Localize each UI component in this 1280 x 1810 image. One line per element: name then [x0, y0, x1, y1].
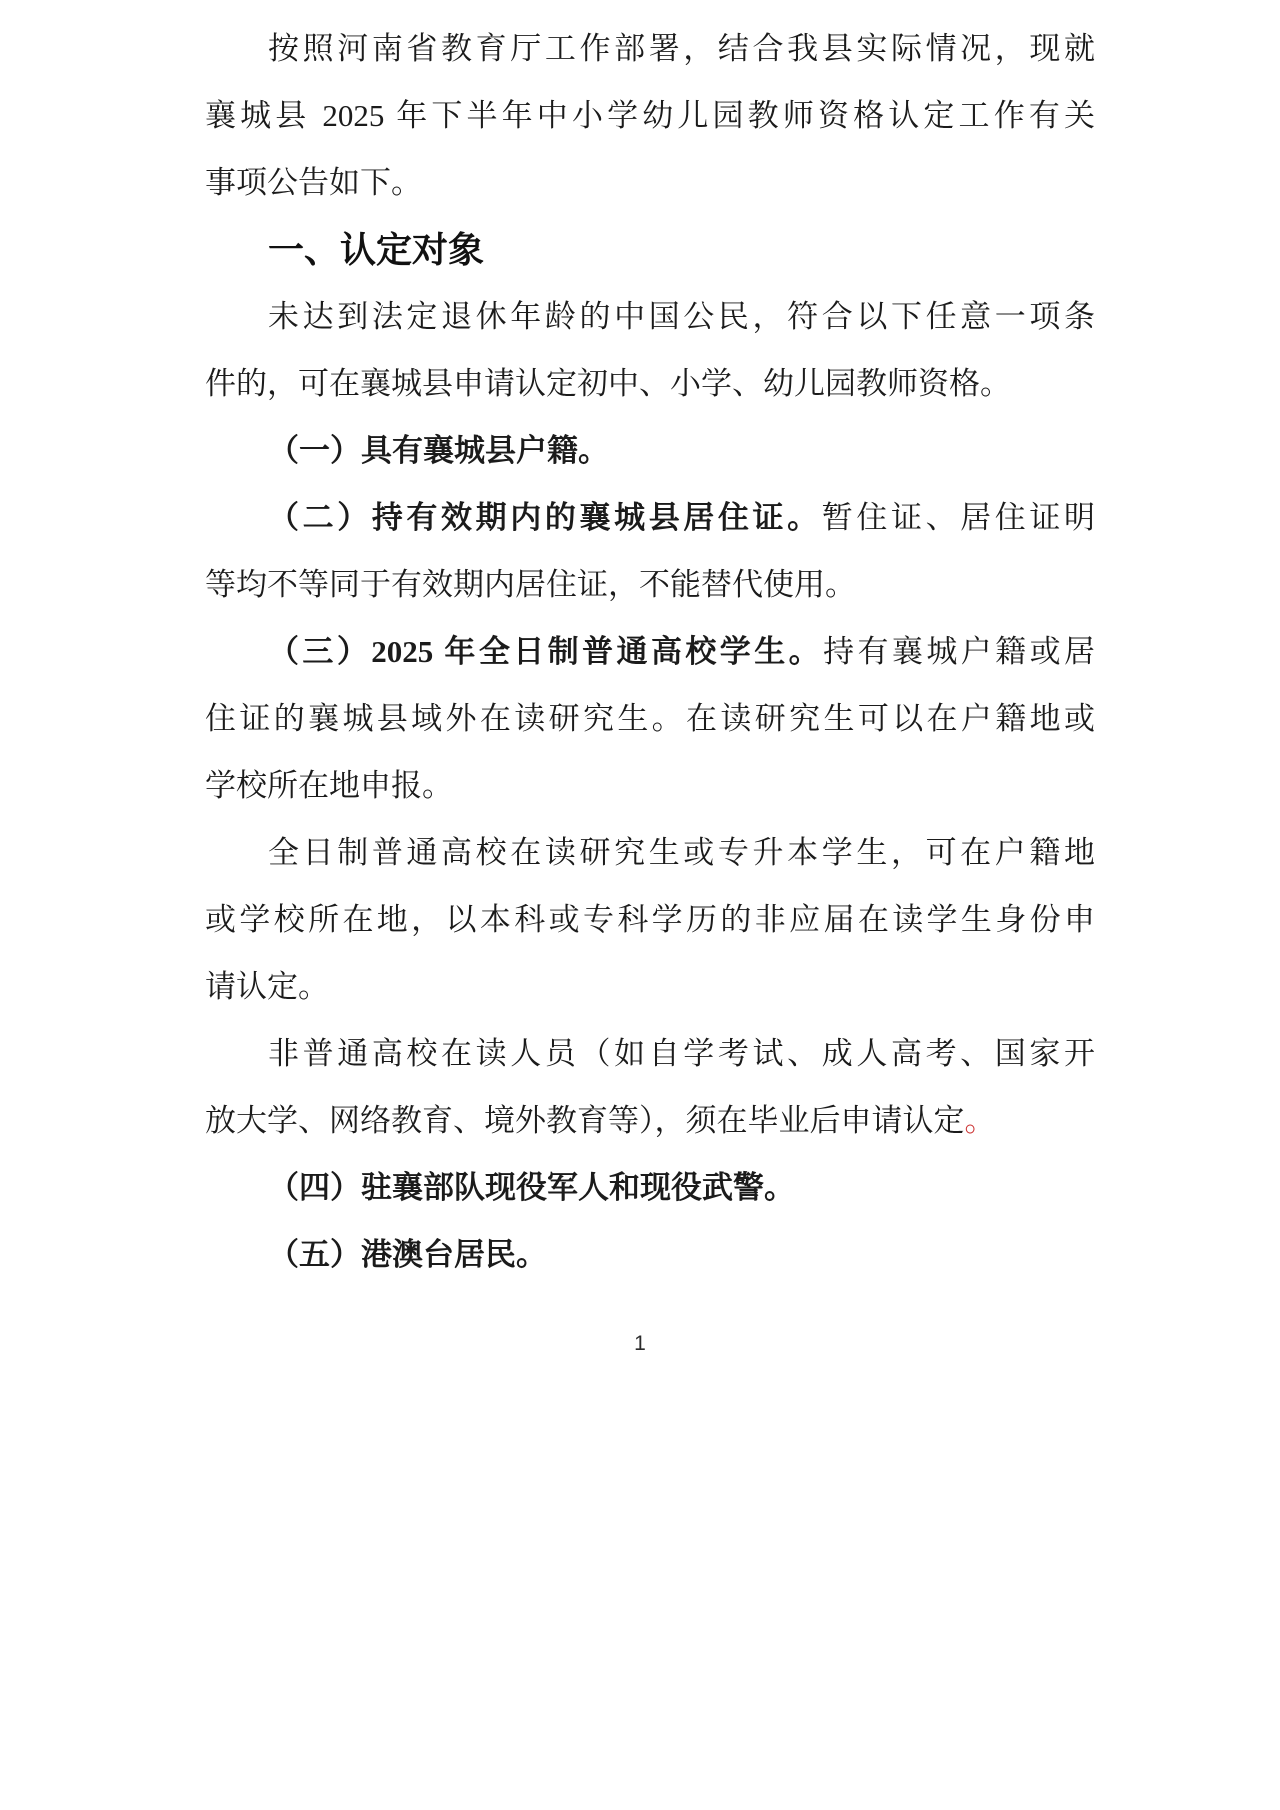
doc-line: 学校所在地申报。	[205, 752, 1095, 819]
text-run: 学校所在地申报。	[205, 768, 453, 803]
text-run: 未达到法定退休年龄的中国公民，符合以下任意一项条	[268, 299, 1095, 334]
doc-line: 请认定。	[205, 953, 1095, 1020]
doc-line: 等均不等同于有效期内居住证，不能替代使用。	[205, 551, 1095, 618]
doc-line: （四）驻襄部队现役军人和现役武警。	[205, 1154, 1095, 1221]
text-run: 暂住证、居住证明	[822, 500, 1095, 535]
doc-line: 放大学、网络教育、境外教育等），须在毕业后申请认定。	[205, 1087, 1095, 1154]
page-number: 1	[0, 1332, 1280, 1356]
document-body: 按照河南省教育厅工作部署，结合我县实际情况，现就 襄城县 2025 年下半年中小…	[205, 15, 1095, 1288]
text-run: 襄城县 2025 年下半年中小学幼儿园教师资格认定工作有关	[205, 98, 1095, 133]
list-item-heading: （二）持有效期内的襄城县居住证。	[268, 500, 822, 535]
text-run: 等均不等同于有效期内居住证，不能替代使用。	[205, 567, 856, 602]
text-run: 全日制普通高校在读研究生或专升本学生，可在户籍地	[268, 835, 1095, 870]
text-run: 按照河南省教育厅工作部署，结合我县实际情况，现就	[268, 31, 1095, 66]
list-item-heading: （三）2025 年全日制普通高校学生。	[268, 634, 823, 669]
text-run: 或学校所在地，以本科或专科学历的非应届在读学生身份申	[205, 902, 1095, 937]
text-run: 非普通高校在读人员（如自学考试、成人高考、国家开	[268, 1036, 1095, 1071]
doc-line: 或学校所在地，以本科或专科学历的非应届在读学生身份申	[205, 886, 1095, 953]
text-run: 持有襄城户籍或居	[823, 634, 1095, 669]
text-run: 请认定。	[205, 969, 329, 1004]
red-period: 。	[965, 1103, 996, 1138]
text-run: 放大学、网络教育、境外教育等），须在毕业后申请认定	[205, 1103, 965, 1138]
doc-line: 事项公告如下。	[205, 149, 1095, 216]
doc-line: 件的，可在襄城县申请认定初中、小学、幼儿园教师资格。	[205, 350, 1095, 417]
section-heading: 一、认定对象	[268, 229, 484, 270]
doc-line: 一、认定对象	[205, 216, 1095, 283]
doc-line: 非普通高校在读人员（如自学考试、成人高考、国家开	[205, 1020, 1095, 1087]
doc-line: 襄城县 2025 年下半年中小学幼儿园教师资格认定工作有关	[205, 82, 1095, 149]
doc-line: （五）港澳台居民。	[205, 1221, 1095, 1288]
text-run: 住证的襄城县域外在读研究生。在读研究生可以在户籍地或	[205, 701, 1095, 736]
list-item-heading: （五）港澳台居民。	[268, 1237, 547, 1272]
doc-line: 全日制普通高校在读研究生或专升本学生，可在户籍地	[205, 819, 1095, 886]
document-page: 按照河南省教育厅工作部署，结合我县实际情况，现就 襄城县 2025 年下半年中小…	[0, 0, 1280, 1810]
text-run: 件的，可在襄城县申请认定初中、小学、幼儿园教师资格。	[205, 366, 1011, 401]
list-item-heading: （四）驻襄部队现役军人和现役武警。	[268, 1170, 795, 1205]
doc-line: 住证的襄城县域外在读研究生。在读研究生可以在户籍地或	[205, 685, 1095, 752]
list-item-heading: （一）具有襄城县户籍。	[268, 433, 609, 468]
doc-line: 未达到法定退休年龄的中国公民，符合以下任意一项条	[205, 283, 1095, 350]
text-run: 事项公告如下。	[205, 165, 422, 200]
doc-line: （二）持有效期内的襄城县居住证。暂住证、居住证明	[205, 484, 1095, 551]
doc-line: （三）2025 年全日制普通高校学生。持有襄城户籍或居	[205, 618, 1095, 685]
doc-line: （一）具有襄城县户籍。	[205, 417, 1095, 484]
doc-line: 按照河南省教育厅工作部署，结合我县实际情况，现就	[205, 15, 1095, 82]
